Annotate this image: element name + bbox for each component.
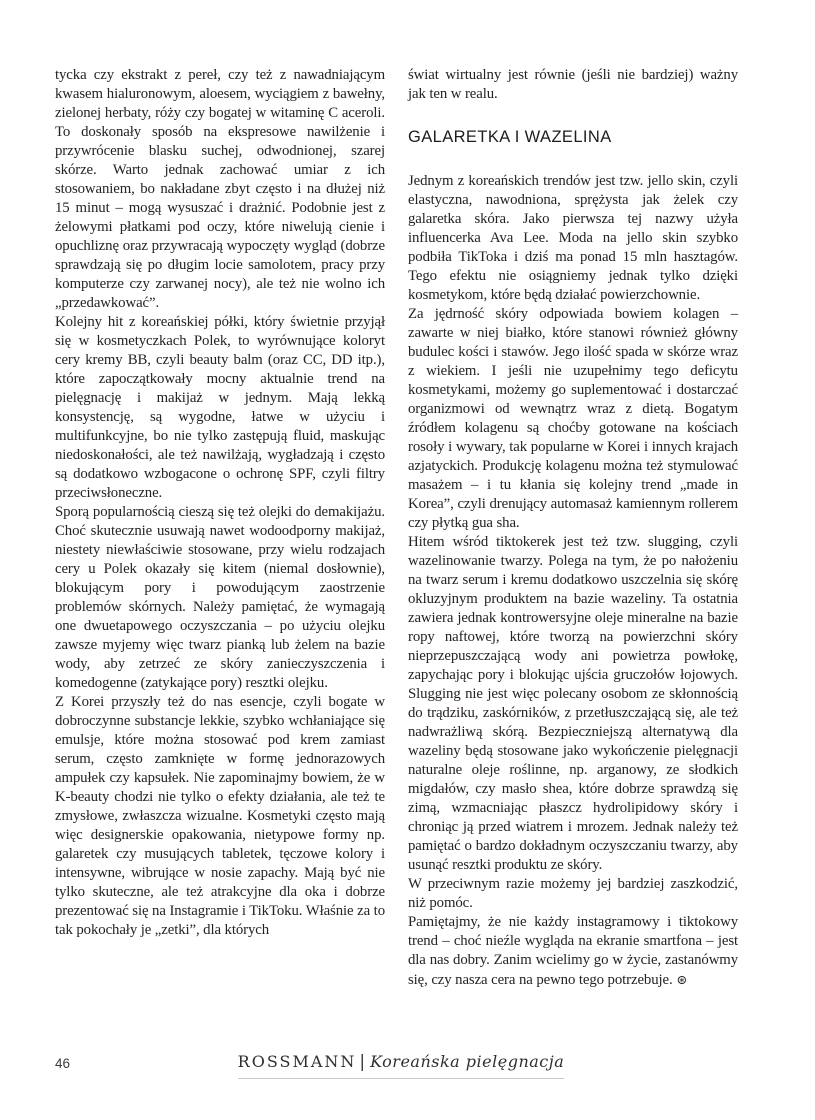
footer-title: ROSSMANN|Koreańska pielęgnacja [238, 1052, 565, 1079]
end-of-article-icon: ⊛ [677, 972, 687, 987]
paragraph-text: Pamiętajmy, że nie każdy instagramowy i … [408, 914, 738, 988]
paragraph: W przeciwnym razie możemy jej bardziej z… [408, 875, 738, 913]
paragraph: Jednym z koreańskich trendów jest tzw. j… [408, 172, 738, 305]
paragraph: tycka czy ekstrakt z pereł, czy też z na… [55, 66, 385, 313]
section-heading: GALARETKA I WAZELINA [408, 128, 738, 147]
magazine-page: tycka czy ekstrakt z pereł, czy też z na… [0, 0, 815, 1120]
paragraph: Za jędrność skóry odpowiada bowiem kolag… [408, 305, 738, 533]
footer-rule [238, 1078, 565, 1079]
paragraph: Kolejny hit z koreańskiej półki, który ś… [55, 313, 385, 503]
paragraph: Z Korei przyszły też do nas esencje, czy… [55, 693, 385, 940]
paragraph: Sporą popularnością cieszą się też olejk… [55, 503, 385, 693]
page-number: 46 [55, 1056, 70, 1071]
paragraph: Hitem wśród tiktokerek jest też tzw. slu… [408, 533, 738, 875]
page-footer: 46 ROSSMANN|Koreańska pielęgnacja [0, 1052, 815, 1092]
left-column: tycka czy ekstrakt z pereł, czy też z na… [55, 66, 385, 990]
footer-brand: ROSSMANN [238, 1052, 357, 1071]
paragraph: Pamiętajmy, że nie każdy instagramowy i … [408, 913, 738, 990]
paragraph: świat wirtualny jest równie (jeśli nie b… [408, 66, 738, 104]
right-column: świat wirtualny jest równie (jeśli nie b… [408, 66, 738, 990]
footer-section-title: Koreańska pielęgnacja [370, 1052, 564, 1071]
article-body: tycka czy ekstrakt z pereł, czy też z na… [55, 66, 739, 990]
footer-separator: | [359, 1052, 365, 1072]
